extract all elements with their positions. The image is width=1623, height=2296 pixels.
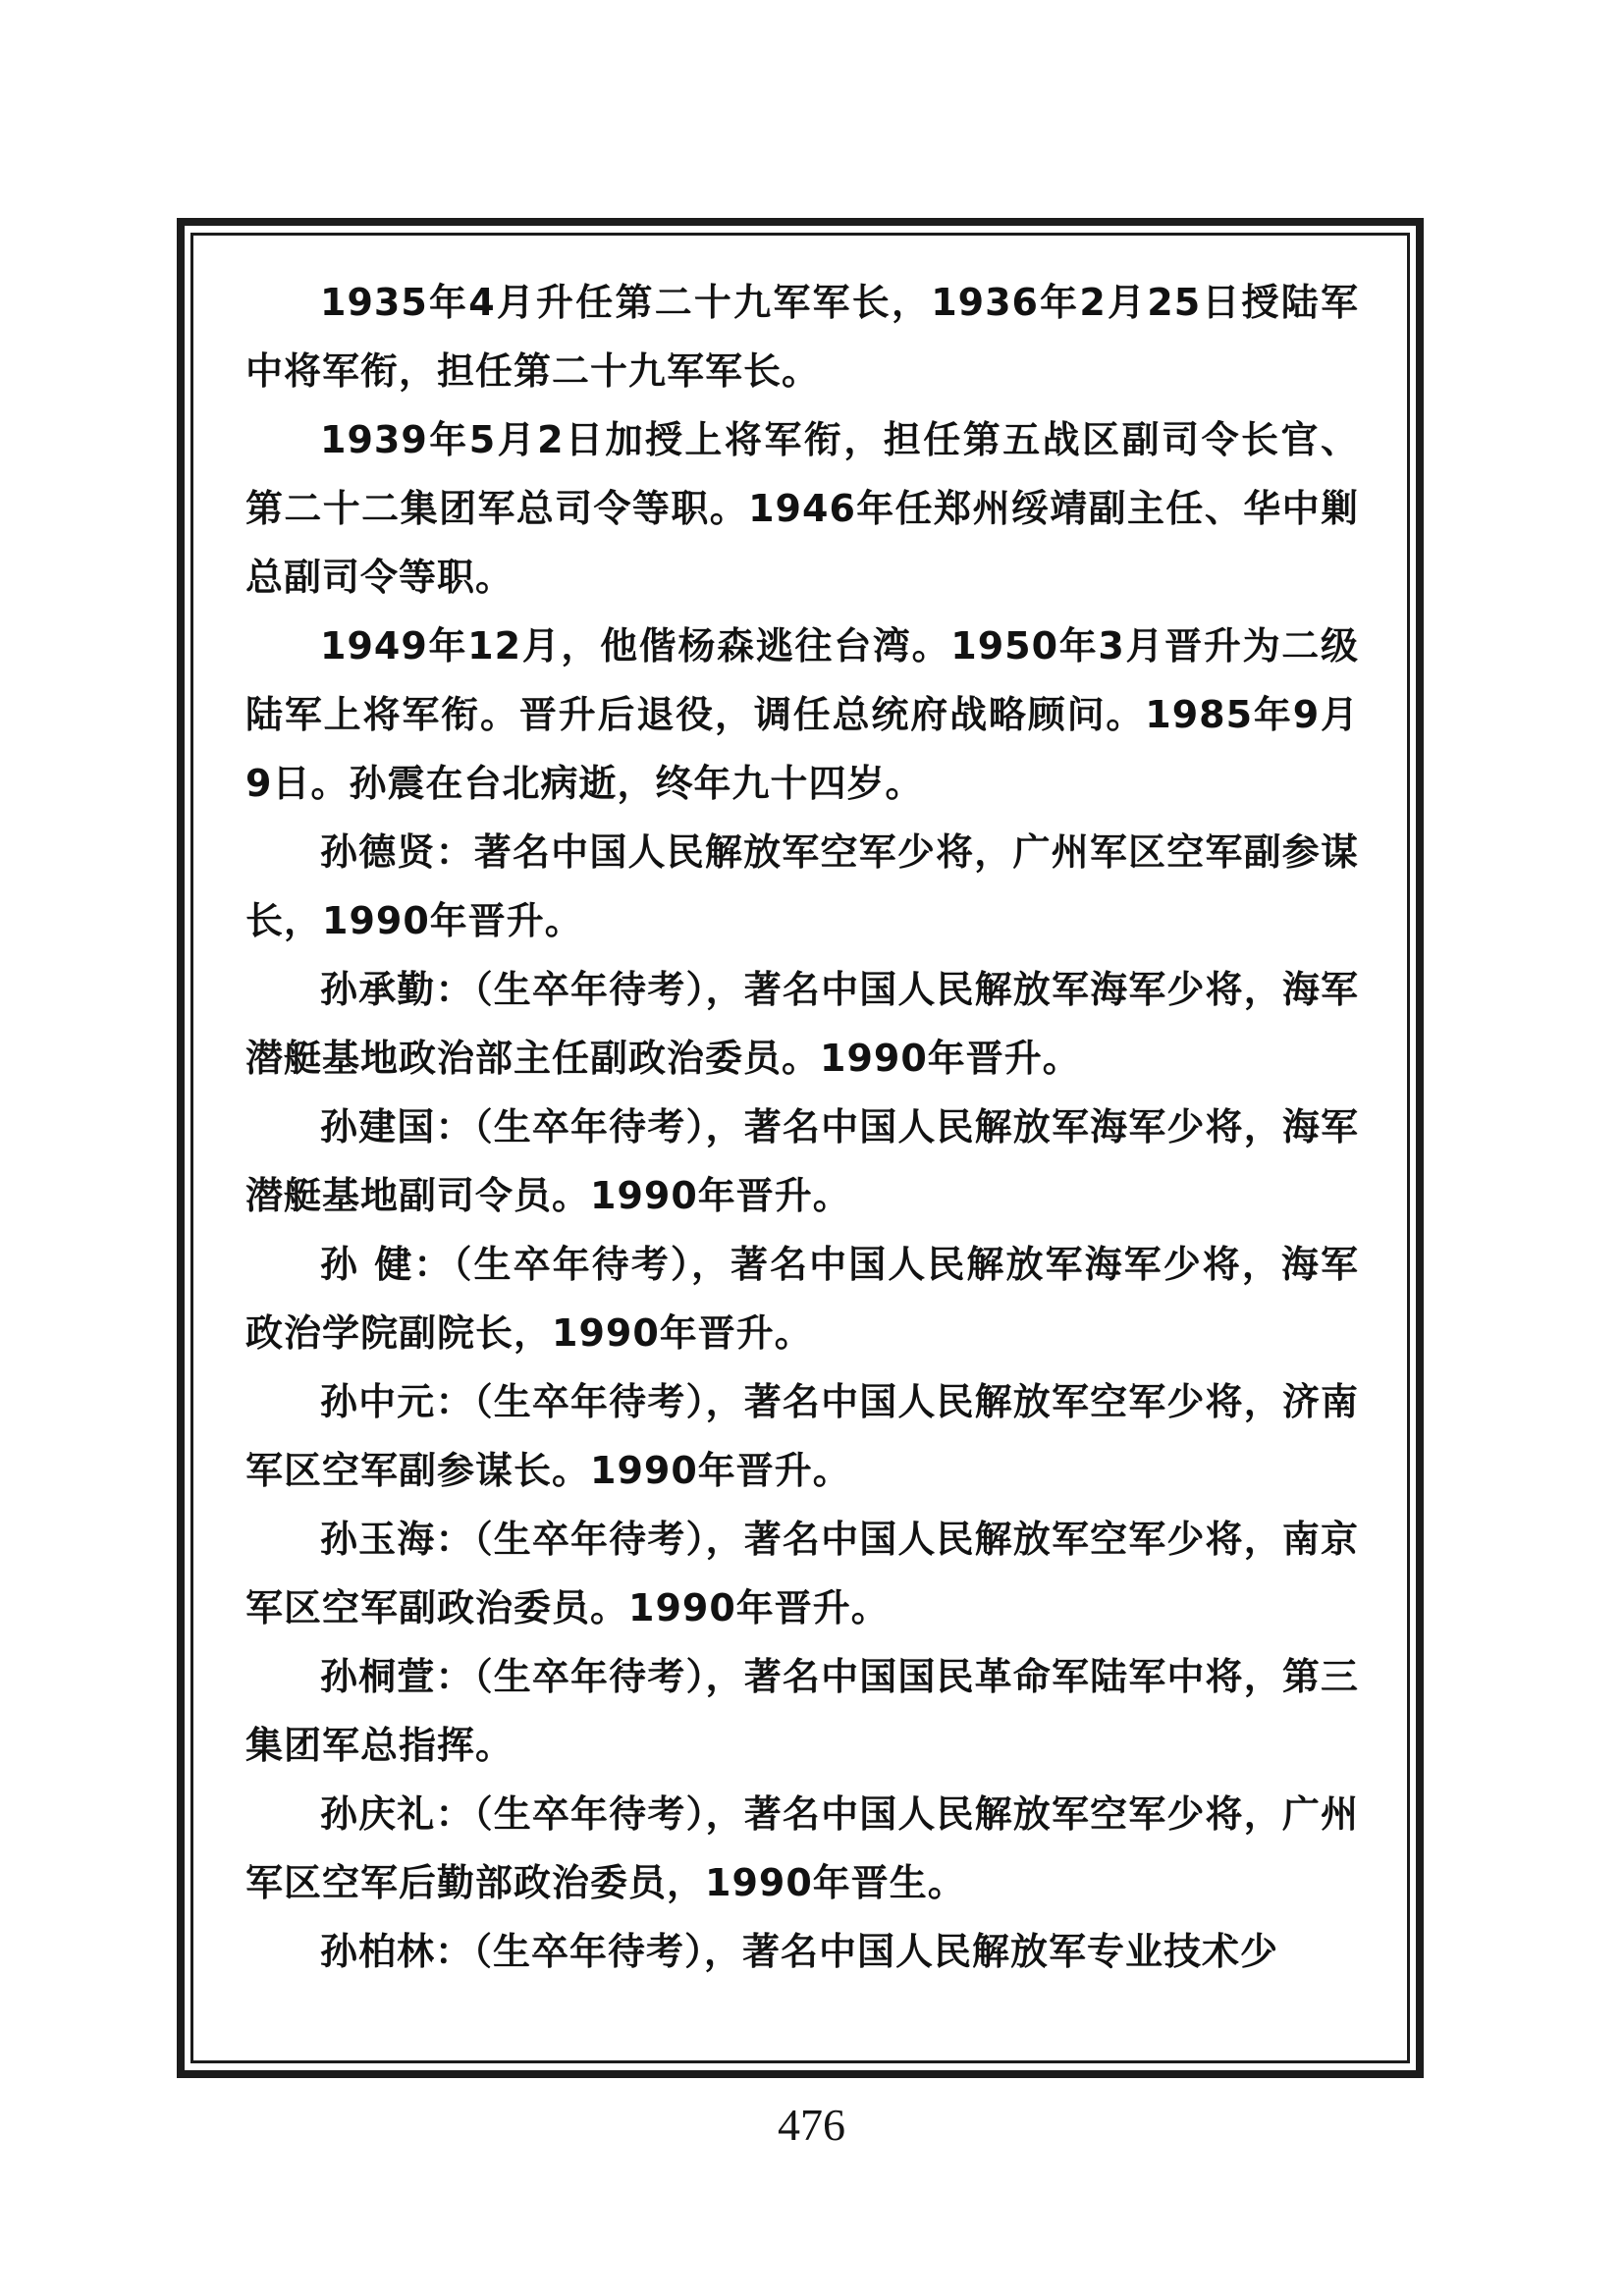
- paragraph: 孙柏林：（生卒年待考），著名中国人民解放军专业技术少: [245, 1917, 1359, 1986]
- paragraph: 1935年4月升任第二十九军军长，1936年2月25日授陆军中将军衔，担任第二十…: [245, 268, 1359, 405]
- page-border-inner: 1935年4月升任第二十九军军长，1936年2月25日授陆军中将军衔，担任第二十…: [190, 233, 1410, 2063]
- paragraph: 孙承勤：（生卒年待考），著名中国人民解放军海军少将，海军潜艇基地政治部主任副政治…: [245, 955, 1359, 1093]
- paragraph: 孙德贤：著名中国人民解放军空军少将，广州军区空军副参谋长，1990年晋升。: [245, 818, 1359, 955]
- paragraph: 孙 健：（生卒年待考），著名中国人民解放军海军少将，海军政治学院副院长，1990…: [245, 1230, 1359, 1367]
- paragraph: 1939年5月2日加授上将军衔，担任第五战区副司令长官、第二十二集团军总司令等职…: [245, 405, 1359, 612]
- paragraph: 1949年12月，他偕杨森逃往台湾。1950年3月晋升为二级陆军上将军衔。晋升后…: [245, 612, 1359, 818]
- page-number: 476: [0, 2099, 1623, 2151]
- page-border-outer: 1935年4月升任第二十九军军长，1936年2月25日授陆军中将军衔，担任第二十…: [177, 218, 1424, 2078]
- paragraph: 孙建国：（生卒年待考），著名中国人民解放军海军少将，海军潜艇基地副司令员。199…: [245, 1093, 1359, 1230]
- paragraph: 孙桐萱：（生卒年待考），著名中国国民革命军陆军中将，第三集团军总指挥。: [245, 1642, 1359, 1780]
- document-page: 1935年4月升任第二十九军军长，1936年2月25日授陆军中将军衔，担任第二十…: [0, 0, 1623, 2296]
- paragraph: 孙庆礼：（生卒年待考），著名中国人民解放军空军少将，广州军区空军后勤部政治委员，…: [245, 1780, 1359, 1917]
- page-text-block: 1935年4月升任第二十九军军长，1936年2月25日授陆军中将军衔，担任第二十…: [196, 239, 1404, 2057]
- paragraph: 孙玉海：（生卒年待考），著名中国人民解放军空军少将，南京军区空军副政治委员。19…: [245, 1505, 1359, 1642]
- paragraph: 孙中元：（生卒年待考），著名中国人民解放军空军少将，济南军区空军副参谋长。199…: [245, 1367, 1359, 1505]
